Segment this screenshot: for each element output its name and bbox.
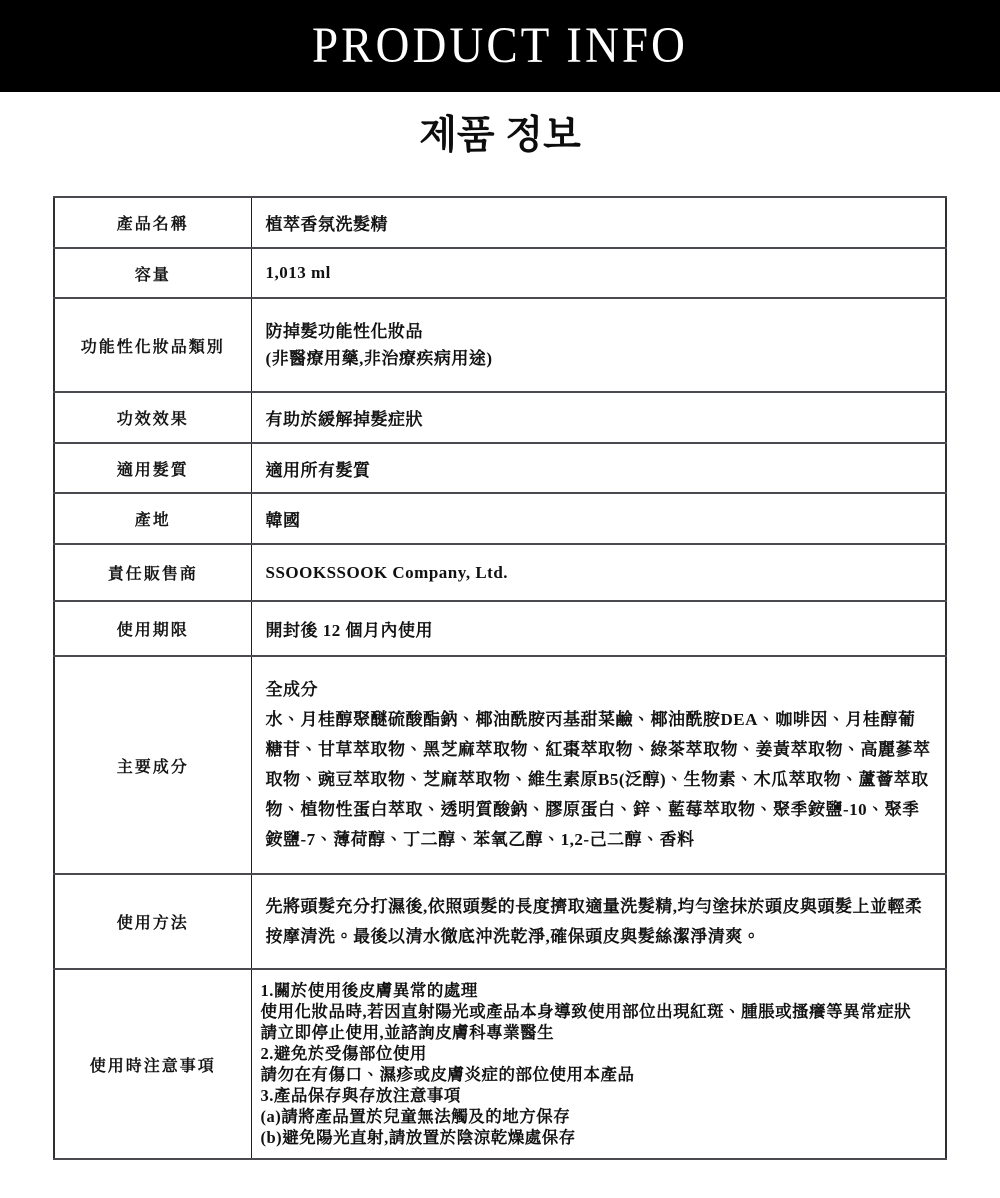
row-label-precautions: 使用時注意事項 xyxy=(54,969,251,1159)
row-value-volume: 1,013 ml xyxy=(251,248,946,298)
row-value-usage: 先將頭髮充分打濕後,依照頭髮的長度擠取適量洗髮精,均勻塗抹於頭皮與頭髮上並輕柔按… xyxy=(251,874,946,969)
table-row-functional-category: 功能性化妝品類別 防掉髮功能性化妝品 (非醫療用藥,非治療疾病用途) xyxy=(54,298,946,392)
row-value-functional-category: 防掉髮功能性化妝品 (非醫療用藥,非治療疾病用途) xyxy=(251,298,946,392)
precaution-line-1: 1.關於使用後皮膚異常的處理 xyxy=(261,980,937,1001)
table-row-precautions: 使用時注意事項 1.關於使用後皮膚異常的處理 使用化妝品時,若因直射陽光或產品本… xyxy=(54,969,946,1159)
table-row-volume: 容量 1,013 ml xyxy=(54,248,946,298)
precaution-line-6: 3.產品保存與存放注意事項 xyxy=(261,1085,937,1106)
row-label-origin: 產地 xyxy=(54,493,251,544)
row-value-ingredients: 全成分 水、月桂醇聚醚硫酸酯鈉、椰油酰胺丙基甜菜鹼、椰油酰胺DEA、咖啡因、月桂… xyxy=(251,656,946,874)
row-value-origin: 韓國 xyxy=(251,493,946,544)
precaution-line-7: (a)請將產品置於兒童無法觸及的地方保存 xyxy=(261,1106,937,1127)
product-info-table: 產品名稱 植萃香氛洗髮精 容量 1,013 ml 功能性化妝品類別 防掉髮功能性… xyxy=(53,196,947,1160)
functional-category-line-1: 防掉髮功能性化妝品 xyxy=(266,318,932,345)
row-label-volume: 容量 xyxy=(54,248,251,298)
row-label-product-name: 產品名稱 xyxy=(54,197,251,248)
product-info-banner: PRODUCT INFO xyxy=(0,0,1000,92)
usage-text: 先將頭髮充分打濕後,依照頭髮的長度擠取適量洗髮精,均勻塗抹於頭皮與頭髮上並輕柔按… xyxy=(266,892,932,952)
table-row-product-name: 產品名稱 植萃香氛洗髮精 xyxy=(54,197,946,248)
precaution-line-4: 2.避免於受傷部位使用 xyxy=(261,1043,937,1064)
table-row-ingredients: 主要成分 全成分 水、月桂醇聚醚硫酸酯鈉、椰油酰胺丙基甜菜鹼、椰油酰胺DEA、咖… xyxy=(54,656,946,874)
row-label-efficacy: 功效效果 xyxy=(54,392,251,443)
row-label-functional-category: 功能性化妝品類別 xyxy=(54,298,251,392)
table-row-seller: 責任販售商 SSOOKSSOOK Company, Ltd. xyxy=(54,544,946,601)
ingredients-list: 水、月桂醇聚醚硫酸酯鈉、椰油酰胺丙基甜菜鹼、椰油酰胺DEA、咖啡因、月桂醇葡糖苷… xyxy=(266,705,932,855)
row-label-hair-type: 適用髮質 xyxy=(54,443,251,493)
functional-category-line-2: (非醫療用藥,非治療疾病用途) xyxy=(266,345,932,372)
row-value-seller: SSOOKSSOOK Company, Ltd. xyxy=(251,544,946,601)
table-row-usage: 使用方法 先將頭髮充分打濕後,依照頭髮的長度擠取適量洗髮精,均勻塗抹於頭皮與頭髮… xyxy=(54,874,946,969)
precaution-line-5: 請勿在有傷口、濕疹或皮膚炎症的部位使用本產品 xyxy=(261,1064,937,1085)
row-label-ingredients: 主要成分 xyxy=(54,656,251,874)
table-row-hair-type: 適用髮質 適用所有髮質 xyxy=(54,443,946,493)
row-value-product-name: 植萃香氛洗髮精 xyxy=(251,197,946,248)
table-row-efficacy: 功效效果 有助於緩解掉髮症狀 xyxy=(54,392,946,443)
ingredients-heading: 全成分 xyxy=(266,675,932,705)
row-value-precautions: 1.關於使用後皮膚異常的處理 使用化妝品時,若因直射陽光或產品本身導致使用部位出… xyxy=(251,969,946,1159)
row-label-seller: 責任販售商 xyxy=(54,544,251,601)
row-value-expiration: 開封後 12 個月內使用 xyxy=(251,601,946,656)
precaution-line-2: 使用化妝品時,若因直射陽光或產品本身導致使用部位出現紅斑、腫脹或搔癢等異常症狀 xyxy=(261,1001,937,1022)
table-row-origin: 產地 韓國 xyxy=(54,493,946,544)
row-value-efficacy: 有助於緩解掉髮症狀 xyxy=(251,392,946,443)
page-title: 제품 정보 xyxy=(0,113,1000,158)
row-value-hair-type: 適用所有髮質 xyxy=(251,443,946,493)
row-label-expiration: 使用期限 xyxy=(54,601,251,656)
banner-title: PRODUCT INFO xyxy=(312,17,688,75)
precaution-line-3: 請立即停止使用,並諮詢皮膚科專業醫生 xyxy=(261,1022,937,1043)
precaution-line-8: (b)避免陽光直射,請放置於陰涼乾燥處保存 xyxy=(261,1127,937,1148)
table-row-expiration: 使用期限 開封後 12 個月內使用 xyxy=(54,601,946,656)
row-label-usage: 使用方法 xyxy=(54,874,251,969)
